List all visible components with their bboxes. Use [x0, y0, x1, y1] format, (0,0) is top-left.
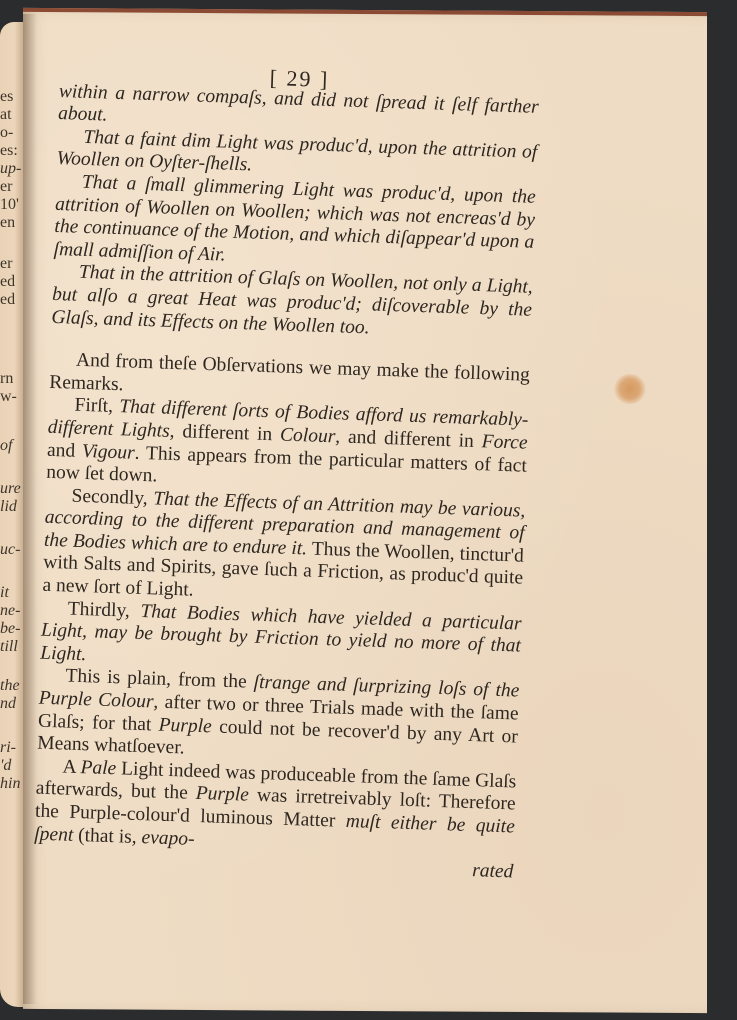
- previous-page-fragment: er: [0, 178, 12, 195]
- previous-page-fragment: hin: [0, 775, 20, 792]
- paragraph: That in the attrition of Glaſs on Woolle…: [51, 261, 533, 345]
- paragraph: This is plain, from the ſtrange and ſurp…: [37, 665, 520, 771]
- previous-page-fragment: ed: [0, 291, 15, 308]
- roman-text: and: [47, 439, 83, 461]
- italic-text: Colour: [280, 424, 336, 447]
- previous-page-fragment: ne-: [0, 602, 20, 619]
- paragraph: Secondly, That the Effects of an Attriti…: [42, 484, 525, 613]
- previous-page-fragment: ure: [0, 480, 21, 497]
- previous-page-fragment: nd: [0, 695, 16, 712]
- previous-page-fragment: lid: [0, 498, 17, 515]
- previous-page-fragment: w-: [0, 388, 17, 405]
- italic-text: Purple: [195, 783, 249, 806]
- roman-text: , and different in: [335, 426, 482, 452]
- previous-page-fragment: ed: [0, 273, 15, 290]
- page-text: [ 29 ] within a narrow compaſs, and did …: [33, 60, 540, 884]
- italic-text: Vigour: [82, 440, 135, 463]
- roman-text: Firſt,: [74, 395, 119, 417]
- previous-page-fragment: rn: [0, 370, 13, 387]
- previous-page-fragment: up-: [0, 160, 21, 177]
- paragraph: Firſt, That different ſorts of Bodies af…: [46, 394, 529, 500]
- previous-page-fragment: 10': [0, 196, 19, 213]
- roman-text: And from theſe Obſervations we may make …: [49, 350, 530, 395]
- paragraph: That a ſmall glimmering Light was produc…: [53, 171, 536, 277]
- roman-text: (that is,: [73, 824, 142, 847]
- previous-page-fragment: 'd: [0, 757, 11, 774]
- italic-text: Purple: [158, 714, 212, 737]
- italic-text: Force: [481, 431, 528, 454]
- previous-page-fragment: ri-: [0, 739, 16, 756]
- paragraph: A Pale Light indeed was produceable from…: [34, 755, 517, 861]
- roman-text: , different in: [169, 421, 280, 446]
- previous-page-fragment: till: [0, 638, 18, 655]
- previous-page-fragment: at: [0, 106, 12, 123]
- roman-text: Secondly,: [71, 485, 153, 509]
- paper-stain: [614, 374, 646, 404]
- previous-page-fragment: o-: [0, 124, 13, 141]
- previous-page-fragment: es:: [0, 142, 18, 159]
- previous-page-fragment: be-: [0, 620, 20, 637]
- previous-page-fragment: it: [0, 584, 9, 601]
- previous-page-fragment: en: [0, 214, 15, 231]
- previous-page-fragment: uc-: [0, 541, 20, 558]
- previous-page-fragment: of: [0, 437, 12, 454]
- previous-page-fragment: es: [0, 88, 13, 105]
- previous-page-fragment: the: [0, 677, 20, 694]
- italic-text: Pale: [80, 757, 116, 779]
- paragraphs: within a narrow compaſs, and did not ſpr…: [34, 81, 539, 862]
- roman-text: Thirdly,: [67, 598, 140, 621]
- italic-text: That a ſmall glimmering Light was produc…: [53, 172, 536, 266]
- roman-text: A: [62, 756, 81, 778]
- italic-text: evapo-: [141, 827, 195, 850]
- previous-page-fragment: er: [0, 255, 12, 272]
